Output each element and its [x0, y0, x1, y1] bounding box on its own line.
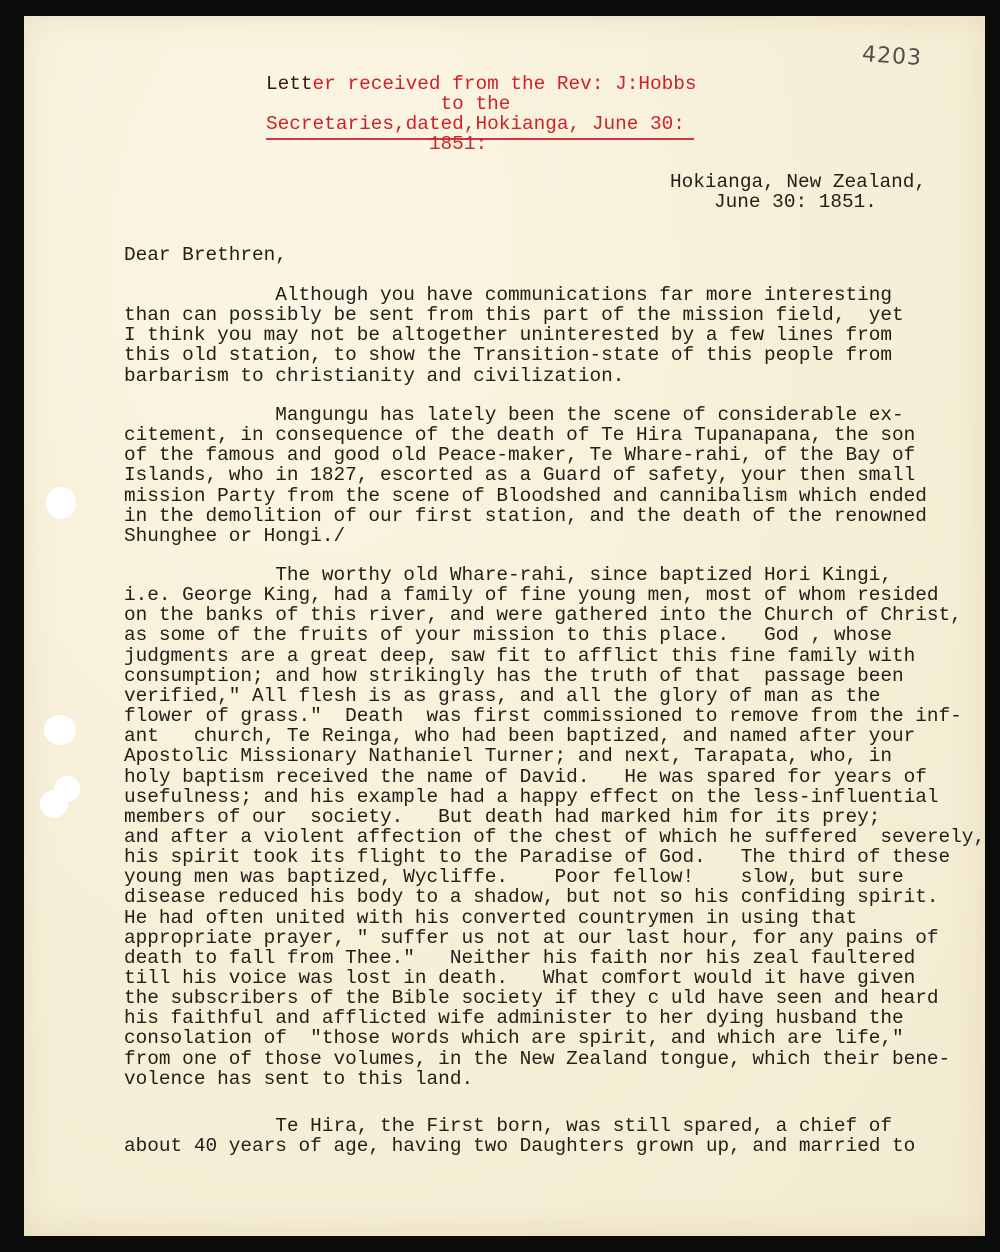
body-line: citement, in consequence of the death of…: [124, 425, 915, 445]
body-line: I think you may not be altogether uninte…: [124, 325, 892, 345]
title-line-1: Letter received from the Rev: J:Hobbs: [266, 74, 697, 94]
body-line: Although you have communications far mor…: [124, 285, 892, 305]
title-line-4: 1851:: [266, 134, 487, 154]
body-line: ant church, Te Reinga, who had been bapt…: [124, 726, 915, 746]
body-line: flower of grass." Death was first commis…: [124, 706, 962, 726]
body-line: the subscribers of the Bible society if …: [124, 988, 939, 1008]
body-line: till his voice was lost in death. What c…: [124, 968, 915, 988]
punch-hole: [44, 715, 76, 745]
address-date: June 30: 1851.: [714, 192, 877, 212]
body-line: Mangungu has lately been the scene of co…: [124, 405, 904, 425]
body-line: verified," All flesh is as grass, and al…: [124, 686, 880, 706]
archive-number: 4203: [861, 42, 923, 71]
body-line: volence has sent to this land.: [124, 1069, 473, 1089]
punch-hole: [54, 776, 80, 802]
body-line: on the banks of this river, and were gat…: [124, 605, 962, 625]
body-line: members of our society. But death had ma…: [124, 807, 880, 827]
body-line: his spirit took its flight to the Paradi…: [124, 847, 950, 867]
body-line: of the famous and good old Peace-maker, …: [124, 445, 915, 465]
body-line: consumption; and how strikingly has the …: [124, 666, 904, 686]
title-underline: [266, 138, 694, 140]
body-line: about 40 years of age, having two Daught…: [124, 1136, 915, 1156]
body-line: appropriate prayer, " suffer us not at o…: [124, 928, 939, 948]
body-line: disease reduced his body to a shadow, bu…: [124, 887, 939, 907]
body-line: The worthy old Whare-rahi, since baptize…: [124, 565, 892, 585]
body-line: than can possibly be sent from this part…: [124, 305, 904, 325]
body-line: usefulness; and his example had a happy …: [124, 787, 939, 807]
body-line: his faithful and afflicted wife administ…: [124, 1008, 904, 1028]
body-line: from one of those volumes, in the New Ze…: [124, 1049, 950, 1069]
body-line: i.e. George King, had a family of fine y…: [124, 585, 939, 605]
body-line: Islands, who in 1827, escorted as a Guar…: [124, 465, 915, 485]
body-line: mission Party from the scene of Bloodshe…: [124, 486, 927, 506]
salutation: Dear Brethren,: [124, 245, 287, 265]
body-line: in the demolition of our first station, …: [124, 506, 927, 526]
body-line: as some of the fruits of your mission to…: [124, 625, 892, 645]
body-line: He had often united with his converted c…: [124, 908, 857, 928]
body-line: Apostolic Missionary Nathaniel Turner; a…: [124, 746, 892, 766]
address-place: Hokianga, New Zealand,: [670, 172, 926, 192]
body-line: Te Hira, the First born, was still spare…: [124, 1116, 892, 1136]
body-line: young men was baptized, Wycliffe. Poor f…: [124, 867, 904, 887]
body-line: this old station, to show the Transition…: [124, 345, 892, 365]
punch-hole: [46, 487, 76, 519]
title-line-1-start: Lett: [266, 73, 313, 95]
title-line-1-rest: er received from the Rev: J:Hobbs: [313, 73, 697, 95]
title-line-3: Secretaries,dated,Hokianga, June 30:: [266, 114, 685, 134]
body-line: Shunghee or Hongi./: [124, 526, 345, 546]
body-line: judgments are a great deep, saw fit to a…: [124, 646, 915, 666]
letter-page: 4203 Letter received from the Rev: J:Hob…: [24, 16, 985, 1236]
body-line: holy baptism received the name of David.…: [124, 767, 927, 787]
body-line: and after a violent affection of the che…: [124, 827, 985, 847]
body-line: consolation of "those words which are sp…: [124, 1028, 904, 1048]
title-line-2: to the: [266, 94, 510, 114]
body-line: death to fall from Thee." Neither his fa…: [124, 948, 915, 968]
body-line: barbarism to christianity and civilizati…: [124, 366, 624, 386]
